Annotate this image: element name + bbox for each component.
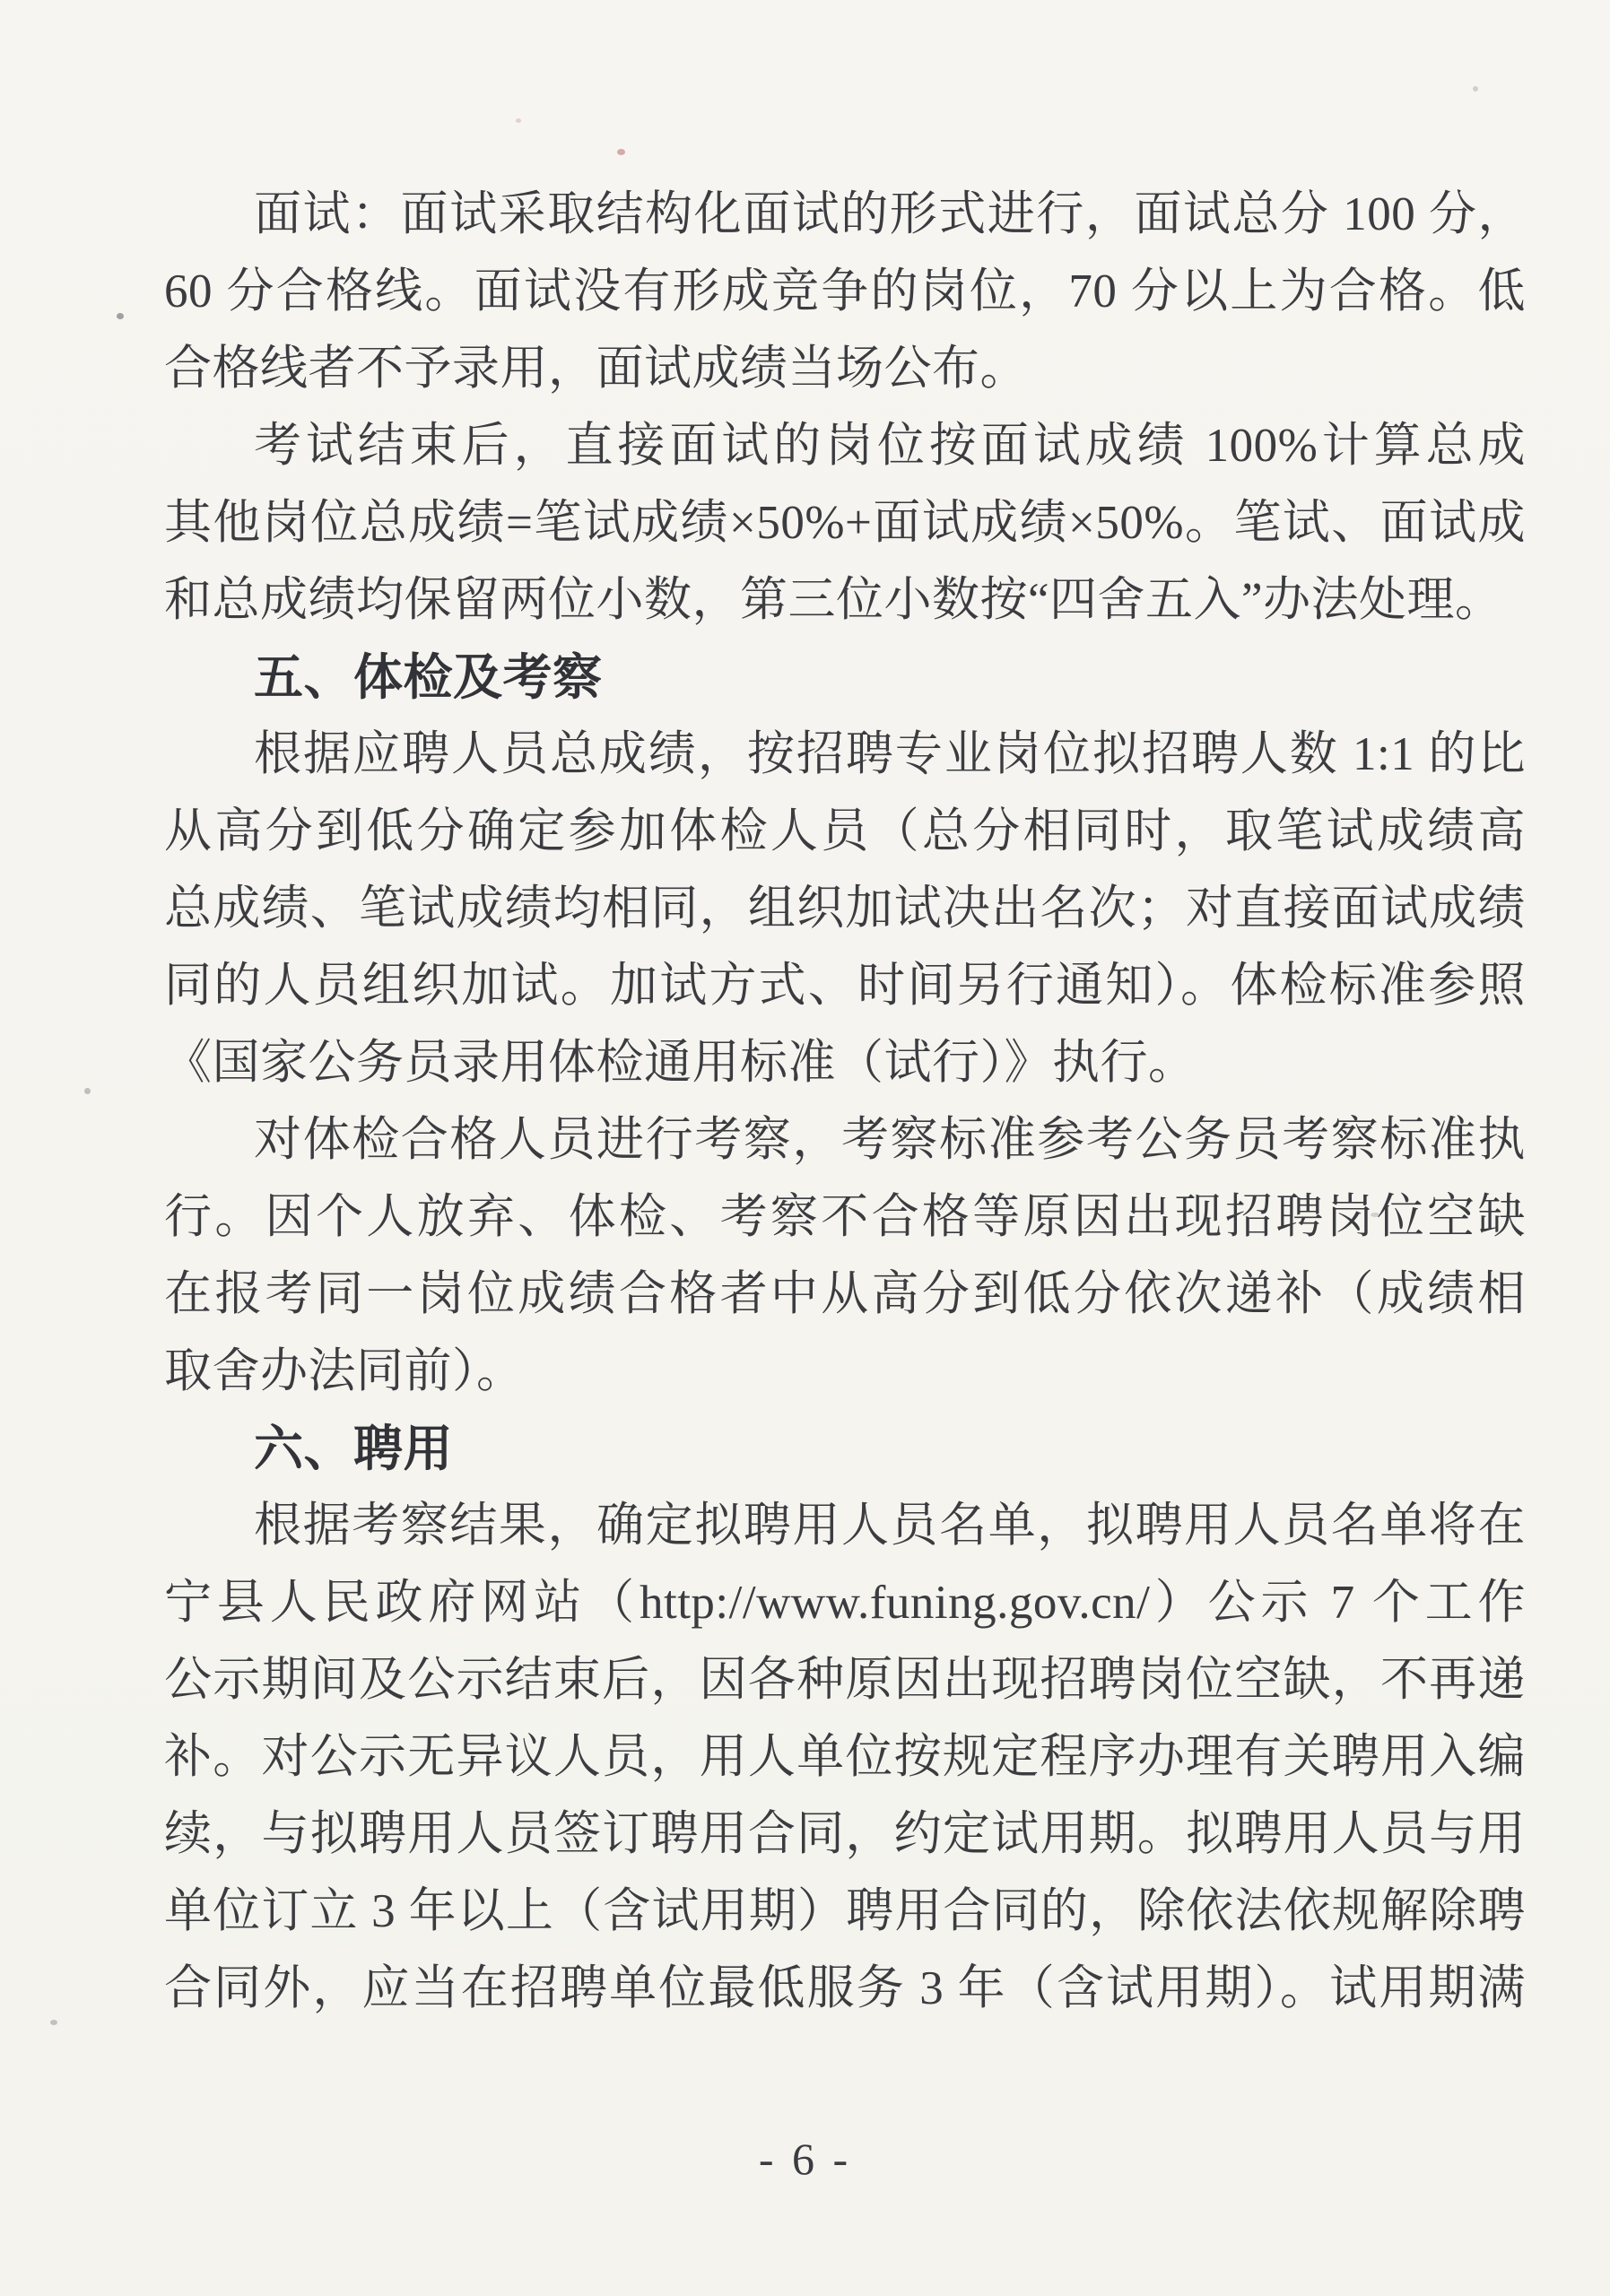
scan-speck [1473, 86, 1478, 91]
text-line: 公示期间及公示结束后，因各种原因出现招聘岗位空缺，不再递 [164, 1641, 1526, 1718]
text-line: 总成绩、笔试成绩均相同，组织加试决出名次；对直接面试成绩相 [164, 870, 1526, 947]
text-line: 《国家公务员录用体检通用标准（试行）》执行。 [164, 1024, 1526, 1101]
scan-speck [84, 1088, 91, 1094]
scanned-document-page: 面试：面试采取结构化面试的形式进行，面试总分 100 分，设60 分合格线。面试… [0, 0, 1610, 2296]
text-line: 60 分合格线。面试没有形成竞争的岗位，70 分以上为合格。低于 [164, 253, 1526, 330]
text-line: 根据应聘人员总成绩，按招聘专业岗位拟招聘人数 1:1 的比例 [164, 716, 1526, 793]
text-line: 根据考察结果，确定拟聘用人员名单，拟聘用人员名单将在阜 [164, 1487, 1526, 1564]
text-line: 对体检合格人员进行考察，考察标准参考公务员考察标准执 [164, 1101, 1526, 1178]
text-line: 五、体检及考察 [164, 639, 1526, 716]
scan-speck [516, 118, 521, 123]
text-line: 其他岗位总成绩=笔试成绩×50%+面试成绩×50%。笔试、面试成绩 [164, 484, 1526, 561]
scan-speck [117, 313, 124, 319]
text-line: 合格线者不予录用，面试成绩当场公布。 [164, 330, 1526, 407]
text-line: 单位订立 3 年以上（含试用期）聘用合同的，除依法依规解除聘用 [164, 1873, 1526, 1950]
text-line: 六、聘用 [164, 1410, 1526, 1487]
scan-speck [617, 149, 625, 155]
text-line: 同的人员组织加试。加试方式、时间另行通知）。体检标准参照 [164, 947, 1526, 1024]
document-body: 面试：面试采取结构化面试的形式进行，面试总分 100 分，设60 分合格线。面试… [164, 176, 1526, 2027]
text-line: 和总成绩均保留两位小数，第三位小数按“四舍五入”办法处理。 [164, 561, 1526, 639]
text-line: 行。因个人放弃、体检、考察不合格等原因出现招聘岗位空缺时， [164, 1178, 1526, 1256]
scan-speck [50, 2020, 57, 2025]
text-line: 面试：面试采取结构化面试的形式进行，面试总分 100 分，设 [164, 176, 1526, 253]
text-line: 合同外，应当在招聘单位最低服务 3 年（含试用期）。试用期满考 [164, 1950, 1526, 2027]
text-line: 补。对公示无异议人员，用人单位按规定程序办理有关聘用入编手 [164, 1718, 1526, 1796]
page-number: - 6 - [0, 2133, 1610, 2185]
text-line: 考试结束后，直接面试的岗位按面试成绩 100%计算总成绩； [164, 407, 1526, 484]
text-line: 在报考同一岗位成绩合格者中从高分到低分依次递补（成绩相同， [164, 1256, 1526, 1333]
text-line: 从高分到低分确定参加体检人员（总分相同时，取笔试成绩高者； [164, 793, 1526, 870]
text-line: 续，与拟聘用人员签订聘用合同，约定试用期。拟聘用人员与用人 [164, 1796, 1526, 1873]
text-line: 宁县人民政府网站（http://www.funing.gov.cn/）公示 7 … [164, 1564, 1526, 1641]
text-line: 取舍办法同前）。 [164, 1333, 1526, 1410]
